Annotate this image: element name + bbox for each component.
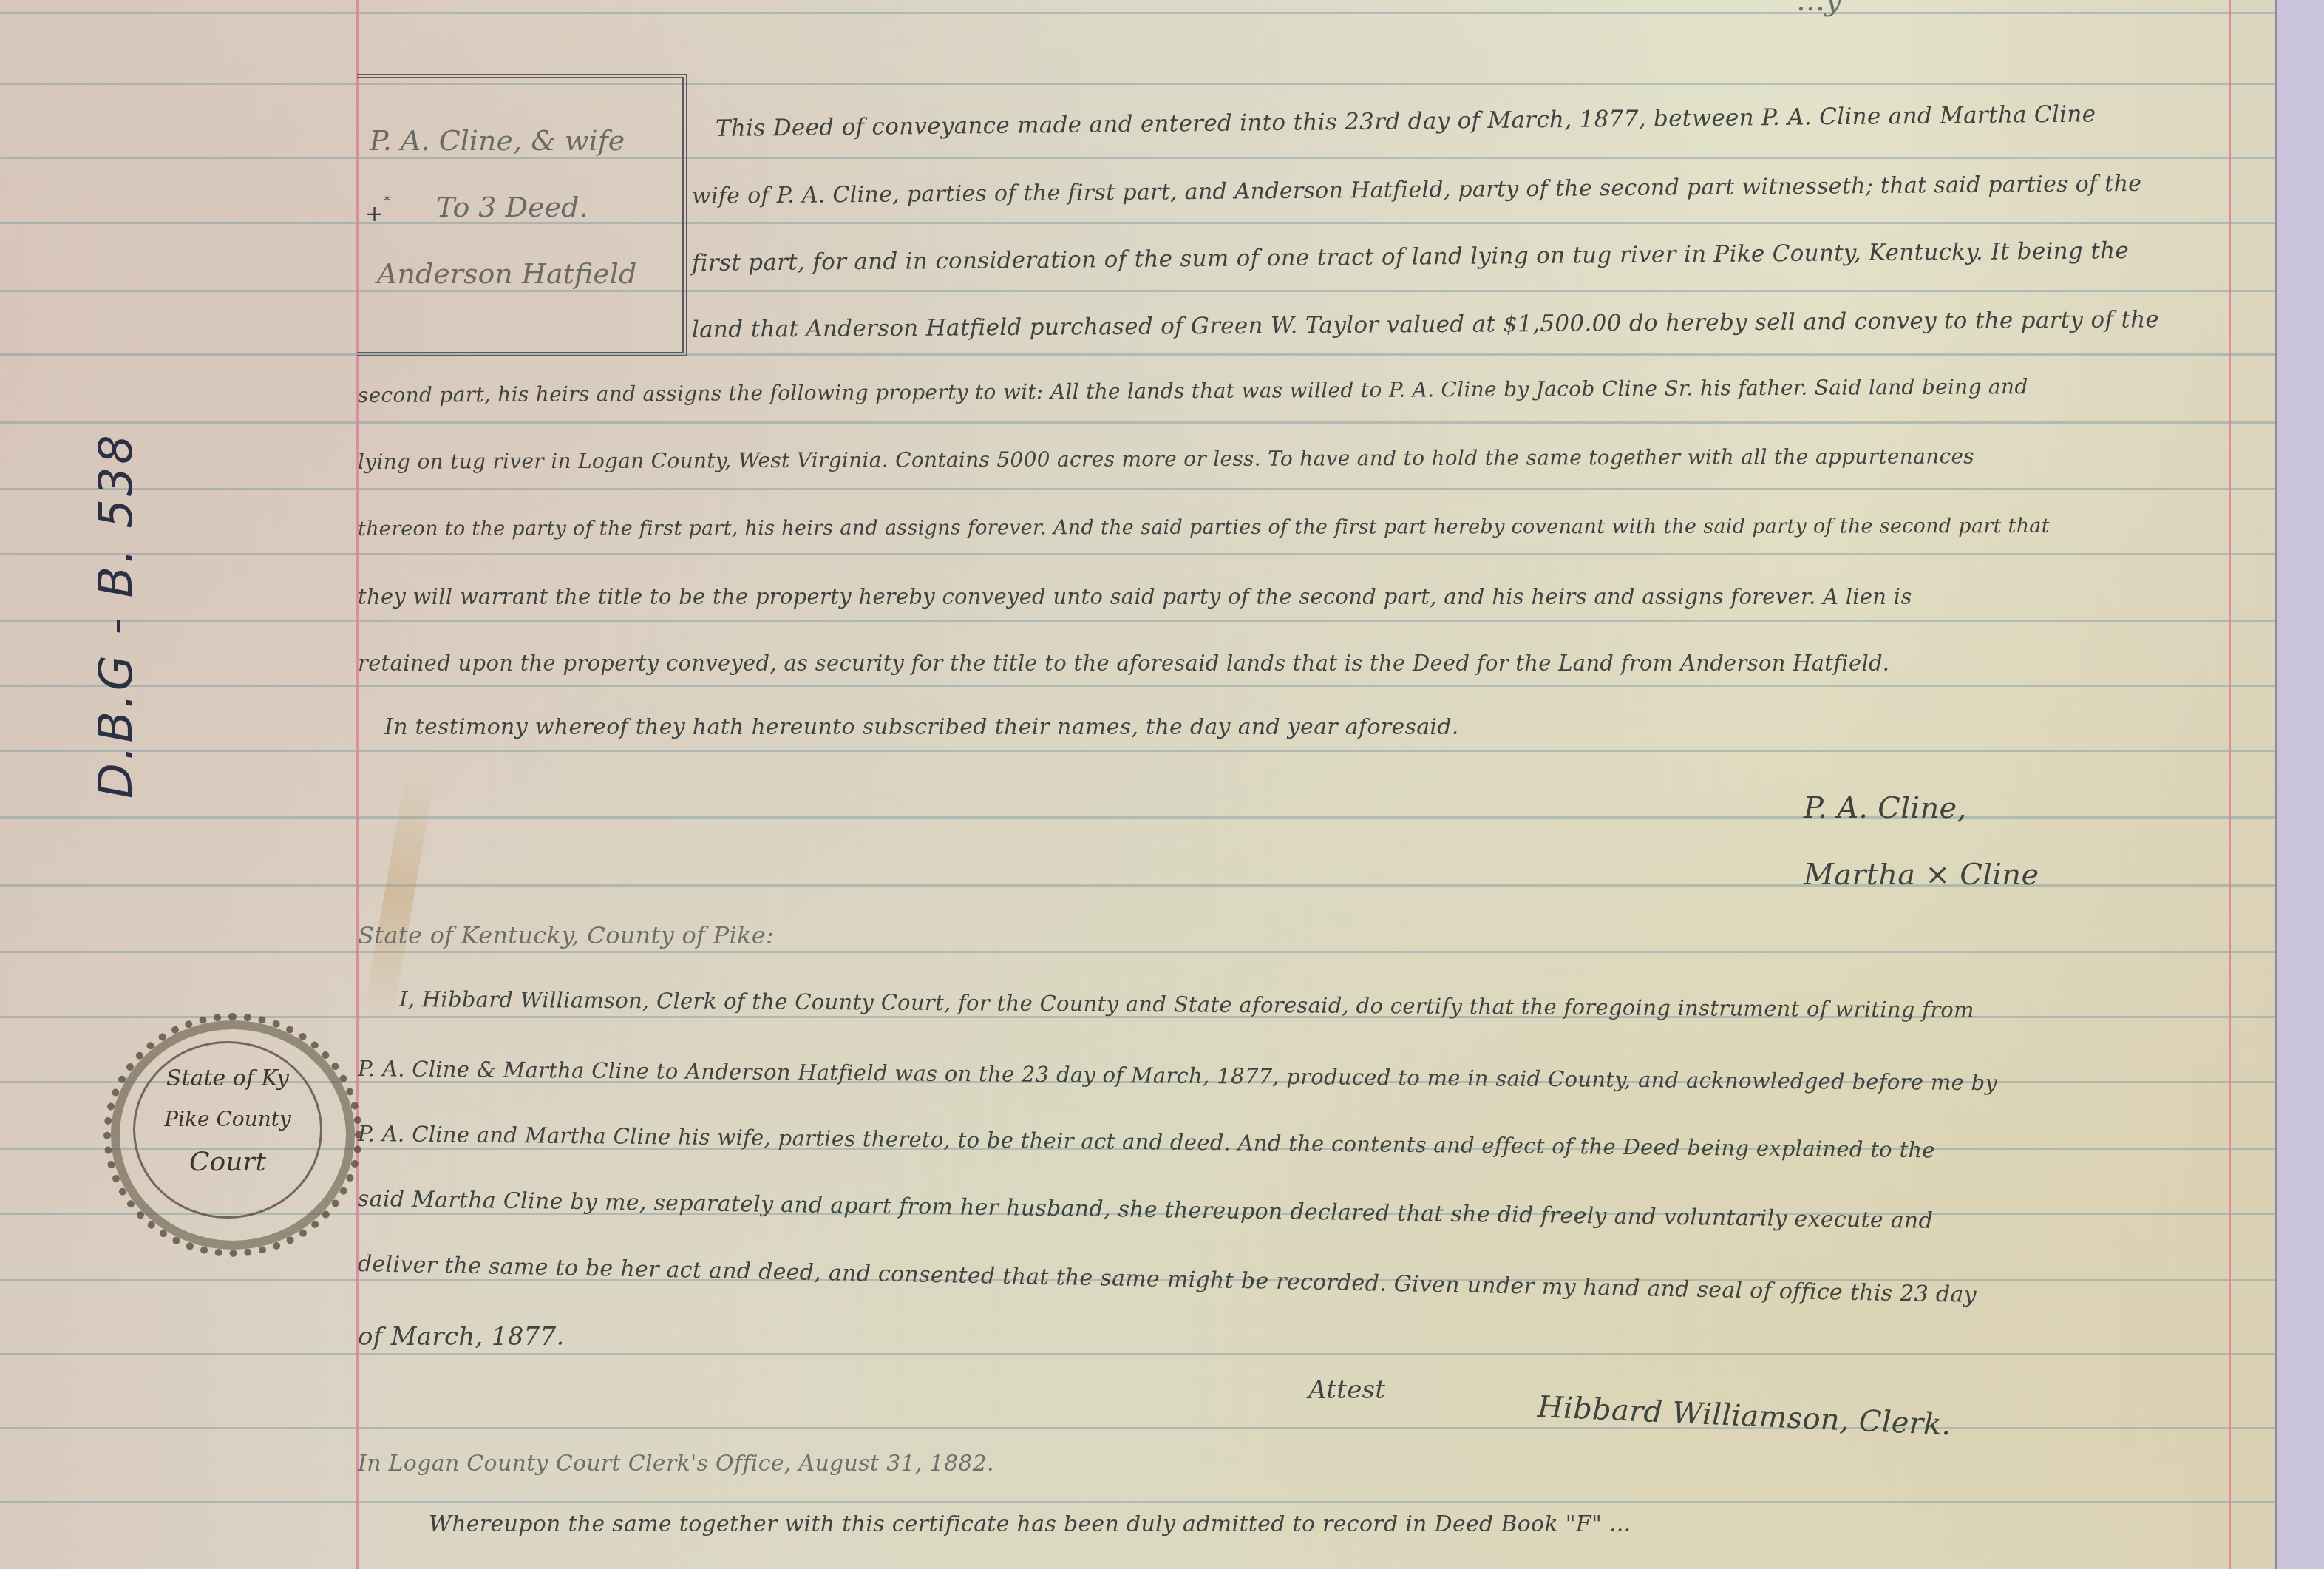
deed-line-8: they will warrant the title to be the pr… — [358, 584, 1912, 609]
clerk-signature: Hibbard Williamson, Clerk. — [1537, 1390, 1952, 1442]
ruled-line — [0, 750, 2277, 752]
attest-label: Attest — [1308, 1375, 1385, 1405]
water-stain — [363, 768, 435, 1021]
deed-line-3: first part, for and in consideration of … — [692, 237, 2129, 277]
ruled-line — [0, 12, 2277, 14]
caption-grantor: P. A. Cline, & wife — [370, 124, 625, 157]
certificate-line-6: of March, 1877. — [358, 1322, 565, 1352]
ruled-line — [0, 553, 2277, 555]
asterisk-mark-icon: * — [384, 194, 390, 209]
seal-county: Pike County — [135, 1107, 320, 1131]
ruled-line — [0, 685, 2277, 687]
ruled-line — [0, 290, 2277, 292]
page-edge — [2275, 0, 2277, 1569]
certificate-line-2: P. A. Cline & Martha Cline to Anderson H… — [358, 1056, 1997, 1095]
recording-line-1: Whereupon the same together with this ce… — [429, 1511, 1631, 1537]
caption-instrument: To 3 Deed. — [436, 191, 588, 223]
deed-line-7: thereon to the party of the first part, … — [358, 515, 2050, 540]
cross-mark-icon: + — [365, 201, 384, 227]
ruled-line — [0, 488, 2277, 490]
right-margin-rule — [2229, 0, 2231, 1569]
ruled-line — [0, 421, 2277, 424]
certificate-line-3: P. A. Cline and Martha Cline his wife, p… — [358, 1121, 1935, 1162]
seal-court: Court — [135, 1147, 320, 1177]
seal-inner-ring: State of Ky Pike County Court — [133, 1041, 322, 1219]
ruled-line — [0, 620, 2277, 622]
deed-line-6: lying on tug river in Logan County, West… — [358, 444, 1974, 474]
deed-testimonium: In testimony whereof they hath hereunto … — [384, 714, 1459, 740]
ruled-line — [0, 353, 2277, 356]
certificate-heading: State of Kentucky, County of Pike: — [358, 921, 774, 949]
deed-line-2: wife of P. A. Cline, parties of the firs… — [692, 171, 2142, 209]
margin-book-reference: D.B.G - B. 538 — [89, 432, 143, 799]
deed-line-9: retained upon the property conveyed, as … — [358, 651, 1889, 676]
seal-state: State of Ky — [135, 1065, 320, 1091]
signature-p-a-cline: P. A. Cline, — [1804, 791, 1967, 825]
caption-grantee: Anderson Hatfield — [377, 257, 636, 290]
certificate-line-4: said Martha Cline by me, separately and … — [358, 1186, 1934, 1234]
ruled-line — [0, 83, 2277, 85]
county-court-seal: State of Ky Pike County Court — [103, 1013, 362, 1257]
ruled-line — [0, 1353, 2277, 1355]
deed-line-1: This Deed of conveyance made and entered… — [716, 101, 2096, 142]
ruled-line — [0, 157, 2277, 159]
ruled-line — [0, 1501, 2277, 1503]
certificate-line-5: deliver the same to be her act and deed,… — [358, 1251, 1977, 1308]
cutoff-text: ...y — [1796, 0, 1842, 18]
ruled-line — [0, 222, 2277, 224]
ruled-line — [0, 951, 2277, 953]
deed-line-4: land that Anderson Hatfield purchased of… — [692, 306, 2159, 343]
ledger-page: ...y D.B.G - B. 538 P. A. Cline, & wife … — [0, 0, 2277, 1569]
recording-heading: In Logan County Court Clerk's Office, Au… — [358, 1451, 994, 1477]
deed-line-5: second part, his heirs and assigns the f… — [358, 374, 2028, 407]
signature-martha-cline: Martha × Cline — [1804, 858, 2039, 892]
